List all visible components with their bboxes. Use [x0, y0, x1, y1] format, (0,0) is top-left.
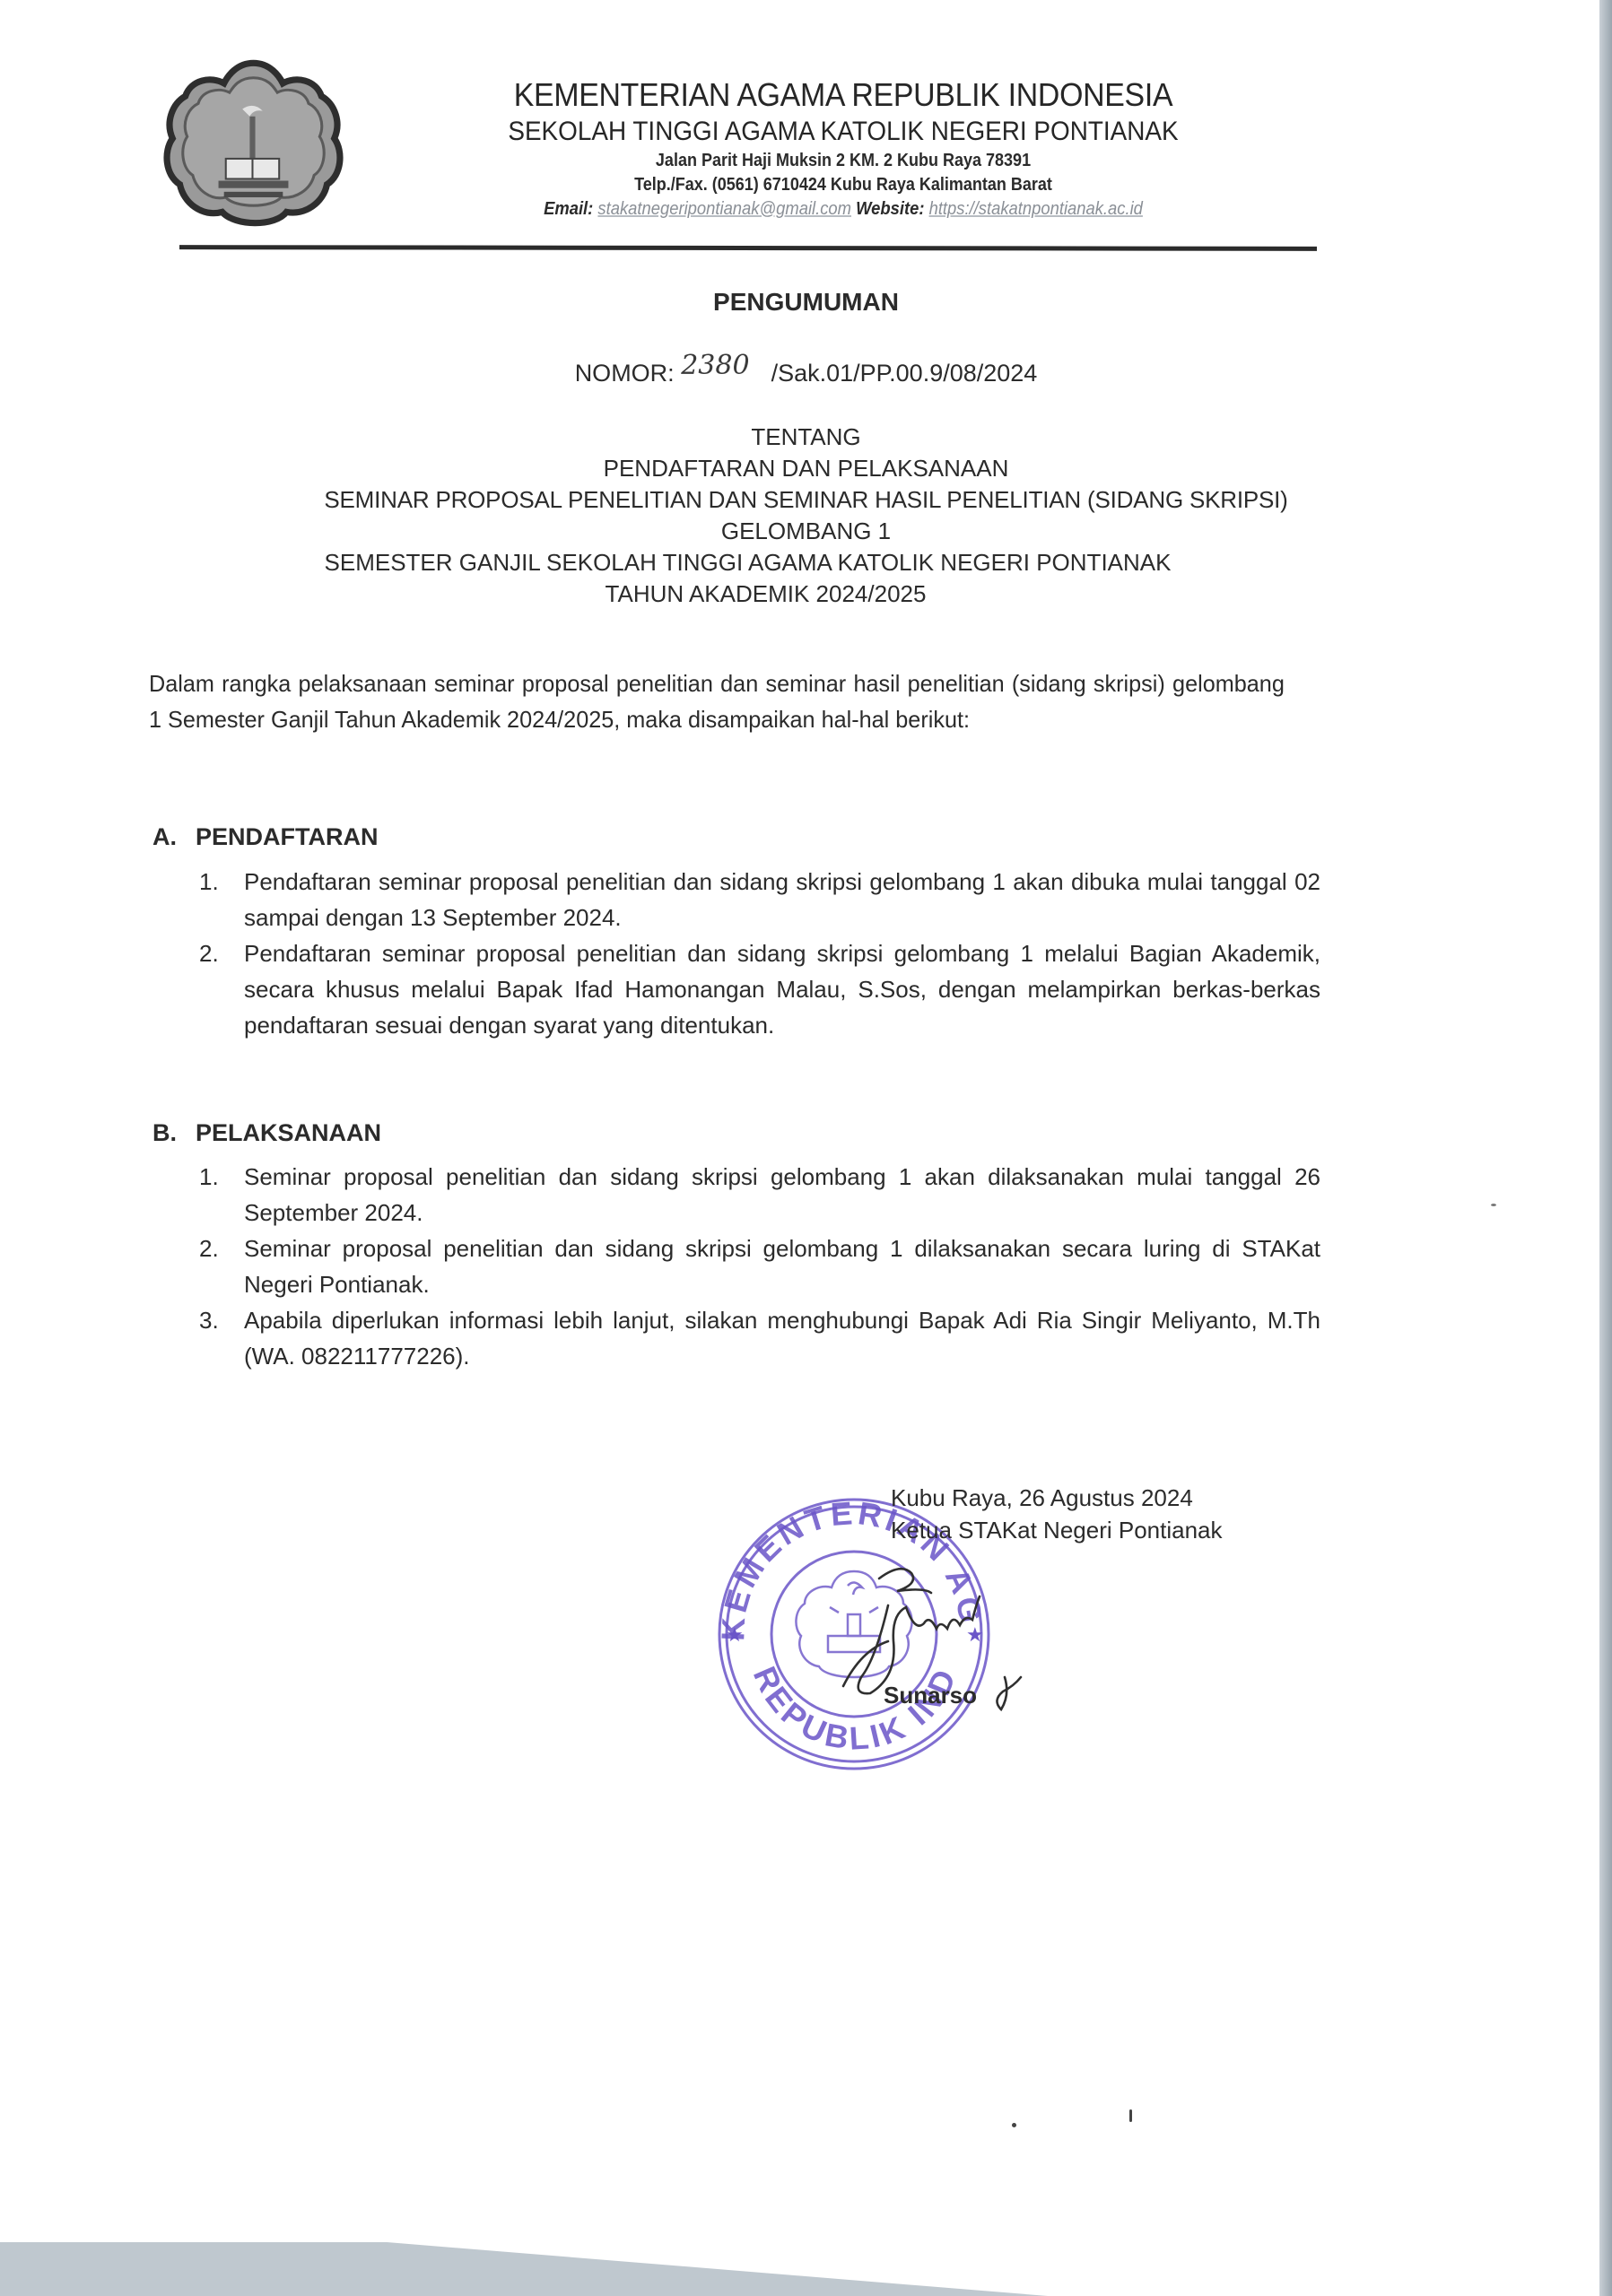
letterhead: KEMENTERIAN AGAMA REPUBLIK INDONESIA SEK…: [157, 56, 1314, 253]
letterhead-text: KEMENTERIAN AGAMA REPUBLIK INDONESIA SEK…: [372, 75, 1314, 221]
contact-line: Email: stakatnegeripontianak@gmail.com W…: [410, 197, 1277, 221]
school-emblem-icon: [161, 56, 345, 230]
signature-block: Kubu Raya, 26 Agustus 2024 Ketua STAKat …: [891, 1482, 1223, 1546]
list-item: 1.Seminar proposal penelitian dan sidang…: [199, 1159, 1320, 1231]
email-label: Email:: [544, 199, 593, 219]
list-item: 2.Pendaftaran seminar proposal penelitia…: [199, 935, 1320, 1043]
subject-line: TAHUN AKADEMIK 2024/2025: [0, 578, 1612, 610]
ministry-name: KEMENTERIAN AGAMA REPUBLIK INDONESIA: [401, 75, 1286, 115]
subject-line: PENDAFTARAN DAN PELAKSANAAN: [0, 453, 1612, 484]
number-label: NOMOR:: [575, 360, 675, 387]
school-name: SEKOLAH TINGGI AGAMA KATOLIK NEGERI PONT…: [405, 115, 1282, 149]
subject-line: SEMINAR PROPOSAL PENELITIAN DAN SEMINAR …: [0, 484, 1612, 516]
scan-edge-right: [1599, 0, 1612, 2296]
school-phone: Telp./Fax. (0561) 6710424 Kubu Raya Kali…: [420, 173, 1268, 197]
scan-edge-bottom: [0, 2242, 1612, 2296]
subject-line: SEMESTER GANJIL SEKOLAH TINGGI AGAMA KAT…: [0, 547, 1612, 578]
announcement-heading: PENGUMUMAN: [0, 288, 1612, 317]
list-item: 3.Apabila diperlukan informasi lebih lan…: [199, 1302, 1320, 1374]
section-b-list: 1.Seminar proposal penelitian dan sidang…: [199, 1159, 1320, 1374]
section-b-heading: B.PELAKSANAAN: [152, 1119, 381, 1147]
signatory-position: Ketua STAKat Negeri Pontianak: [891, 1514, 1223, 1546]
subject-line: GELOMBANG 1: [0, 516, 1612, 547]
section-a-heading: A.PENDAFTARAN: [152, 823, 379, 851]
scan-speck: [1129, 2109, 1132, 2122]
intro-paragraph: Dalam rangka pelaksanaan seminar proposa…: [149, 665, 1285, 737]
stamp-star-icon: ★: [726, 1623, 744, 1646]
signatory-name: Sunarso: [884, 1682, 977, 1709]
subject-line: TENTANG: [0, 422, 1612, 453]
subject-block: TENTANG PENDAFTARAN DAN PELAKSANAAN SEMI…: [0, 422, 1612, 610]
scan-speck: [1012, 2123, 1016, 2127]
list-item: 1.Pendaftaran seminar proposal penelitia…: [199, 864, 1320, 935]
website-label: Website:: [856, 199, 924, 219]
list-item: 2.Seminar proposal penelitian dan sidang…: [199, 1231, 1320, 1302]
school-address: Jalan Parit Haji Muksin 2 KM. 2 Kubu Ray…: [420, 149, 1268, 173]
email-link[interactable]: stakatnegeripontianak@gmail.com: [597, 199, 851, 219]
section-a-list: 1.Pendaftaran seminar proposal penelitia…: [199, 864, 1320, 1043]
announcement-number: NOMOR: 2380/Sak.01/PP.00.9/08/2024: [0, 357, 1612, 388]
scan-speck: [1491, 1204, 1496, 1206]
place-date: Kubu Raya, 26 Agustus 2024: [891, 1482, 1223, 1514]
number-handwritten: 2380: [681, 350, 749, 381]
website-link[interactable]: https://stakatnpontianak.ac.id: [929, 199, 1143, 219]
number-suffix: /Sak.01/PP.00.9/08/2024: [771, 360, 1038, 387]
